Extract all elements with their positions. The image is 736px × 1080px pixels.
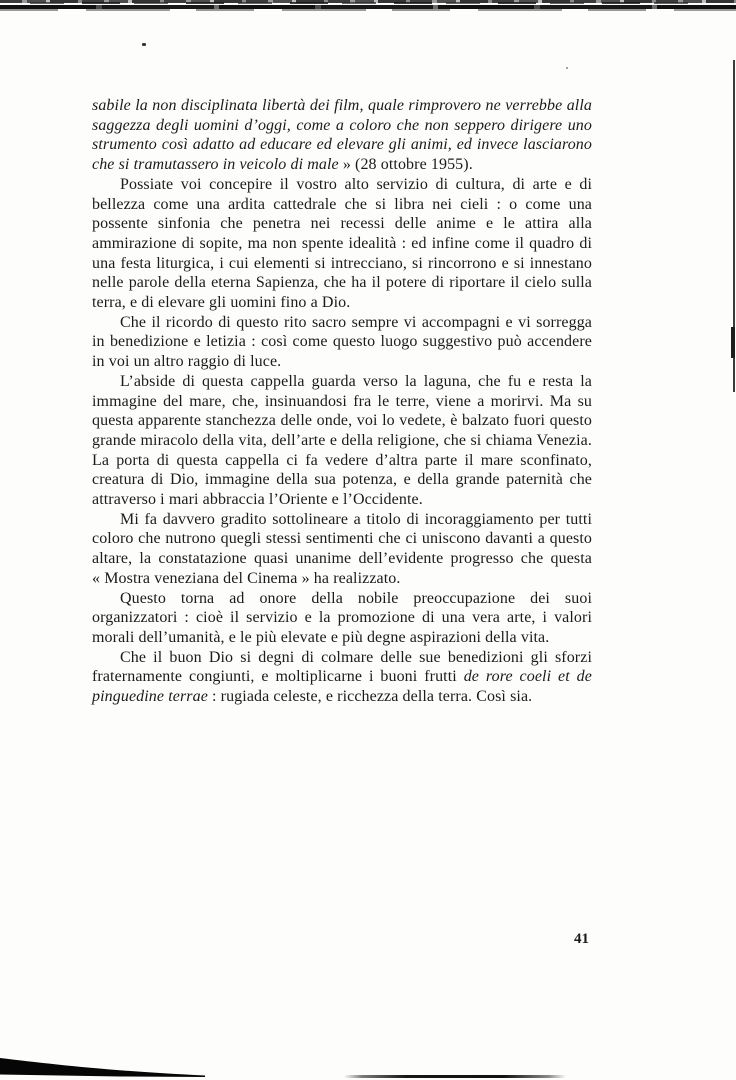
ink-speck <box>566 67 568 69</box>
text-segment: Questo torna ad onore della nobile preoc… <box>92 590 592 646</box>
scan-artifact-right-edge-blob <box>731 327 735 358</box>
page-number: 41 <box>574 931 589 948</box>
scan-artifact-corner-wedge <box>0 1054 210 1080</box>
scan-edge-row <box>30 2 690 4</box>
scan-edge-row <box>0 9 736 11</box>
text-segment: » (28 ottobre 1955). <box>339 156 473 173</box>
scan-edge-artifact-top <box>0 0 736 14</box>
paragraph: Questo torna ad onore della nobile preoc… <box>92 589 592 648</box>
scan-artifact-bottom-line <box>344 1075 566 1078</box>
paragraph: Mi fa davvero gradito sottolineare a tit… <box>92 510 592 589</box>
text-segment: Mi fa davvero gradito sottolineare a tit… <box>92 511 592 587</box>
paragraph: Che il ricordo di questo rito sacro semp… <box>92 313 592 372</box>
text-segment: Che il ricordo di questo rito sacro semp… <box>92 314 592 370</box>
text-segment: : rugiada celeste, e ricchezza della ter… <box>208 688 532 705</box>
paragraph: Possiate voi concepire il vostro alto se… <box>92 175 592 313</box>
paragraph: sabile la non disciplinata libertà dei f… <box>92 96 592 175</box>
book-page: sabile la non disciplinata libertà dei f… <box>0 0 736 1080</box>
paragraph: L’abside di questa cappella guarda verso… <box>92 372 592 510</box>
text-segment: Possiate voi concepire il vostro alto se… <box>92 176 592 311</box>
paragraph: Che il buon Dio si degni di colmare dell… <box>92 648 592 707</box>
ink-speck <box>142 43 146 46</box>
page-text-block: sabile la non disciplinata libertà dei f… <box>92 96 592 707</box>
text-segment: L’abside di questa cappella guarda verso… <box>92 373 592 508</box>
